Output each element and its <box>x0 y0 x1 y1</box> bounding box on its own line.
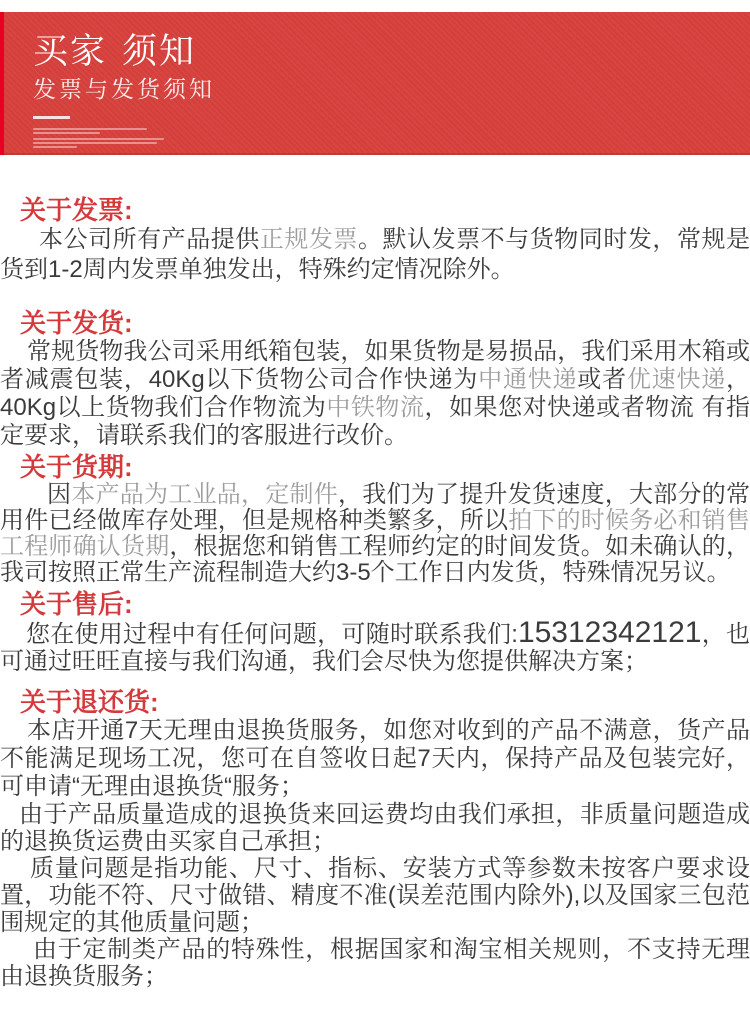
phone-number: 15312342121 <box>518 616 702 649</box>
text-segment: 或者 <box>577 366 627 393</box>
highlight-segment: 正规发票 <box>260 226 358 253</box>
paragraph: 本公司所有产品提供正规发票。默认发票不与货物同时发，常规是货到1-2周内发票单独… <box>0 225 750 285</box>
fine-print-group <box>33 128 750 134</box>
paragraph: 常规货物我公司采用纸箱包装，如果货物是易损品，我们采用木箱或者减震包装，40Kg… <box>0 338 750 450</box>
text-segment: 您在使用过程中有任何问题，可随时联系我们: <box>26 621 518 648</box>
paragraph: 因本产品为工业品，定制件，我们为了提升发货速度，大部分的常用件已经做库存处理，但… <box>0 482 750 586</box>
highlight-segment: 本产品为工业品，定制件 <box>71 481 338 508</box>
highlight-segment: 优速快递 <box>627 366 726 393</box>
banner-subtitle: 发票与发货须知 <box>33 78 750 101</box>
paragraph: 由于产品质量造成的退换货来回运费均由我们承担，非质量问题造成的退换货运费由买家自… <box>0 801 750 855</box>
section-heading: 关于退还货: <box>20 687 750 717</box>
fine-print-line <box>33 142 157 144</box>
section-heading: 关于发货: <box>20 308 750 338</box>
section-heading: 关于货期: <box>20 452 750 482</box>
text-segment: 因 <box>47 481 71 508</box>
fine-print-group <box>33 138 750 148</box>
paragraph: 您在使用过程中有任何问题，可随时联系我们:15312342121，也可通过旺旺直… <box>0 619 750 675</box>
highlight-segment: 中铁物流 <box>326 394 424 421</box>
section-aftersales: 关于售后: 您在使用过程中有任何问题，可随时联系我们:15312342121，也… <box>0 589 750 675</box>
banner-title: 买家须知 <box>33 12 750 69</box>
fine-print-line <box>33 132 100 134</box>
notice-banner: 买家须知 发票与发货须知 <box>0 12 750 155</box>
banner-divider <box>33 116 70 119</box>
paragraph: 本店开通7天无理由退换货服务，如您对收到的产品不满意，货产品不能满足现场工况，您… <box>0 717 750 801</box>
highlight-segment: 中通快递 <box>478 366 577 393</box>
section-returns: 关于退还货: 本店开通7天无理由退换货服务，如您对收到的产品不满意，货产品不能满… <box>0 687 750 990</box>
text-segment: 由于产品质量造成的退换货来回运费均由我们承担，非质量问题造成的退换货运费由买家自… <box>0 801 750 855</box>
banner-title-part2: 须知 <box>122 32 196 71</box>
section-heading: 关于发票: <box>20 195 750 225</box>
paragraph: 质量问题是指功能、尺寸、指标、安装方式等参数未按客户要求设置，功能不符、尺寸做错… <box>0 855 750 936</box>
fine-print-line <box>33 146 77 148</box>
section-shipping: 关于发货: 常规货物我公司采用纸箱包装，如果货物是易损品，我们采用木箱或者减震包… <box>0 308 750 450</box>
text-segment: 本店开通7天无理由退换货服务，如您对收到的产品不满意，货产品不能满足现场工况，您… <box>0 717 750 800</box>
text-segment: 本公司所有产品提供 <box>39 226 260 253</box>
section-leadtime: 关于货期: 因本产品为工业品，定制件，我们为了提升发货速度，大部分的常用件已经做… <box>0 452 750 586</box>
text-segment: 由于定制类产品的特殊性，根据国家和淘宝相关规则，不支持无理由退换货服务； <box>0 936 750 990</box>
buyer-notice-page: 买家须知 发票与发货须知 关于发票: 本公司所有产品提供正规发票。默认发票不与货… <box>0 0 750 1033</box>
fine-print-line <box>33 138 164 140</box>
paragraph: 由于定制类产品的特殊性，根据国家和淘宝相关规则，不支持无理由退换货服务； <box>0 936 750 990</box>
left-accent-strip <box>0 12 4 155</box>
section-heading: 关于售后: <box>20 589 750 619</box>
banner-fine-print <box>33 128 750 148</box>
fine-print-line <box>33 128 147 130</box>
section-invoice: 关于发票: 本公司所有产品提供正规发票。默认发票不与货物同时发，常规是货到1-2… <box>0 195 750 285</box>
banner-title-part1: 买家 <box>33 32 107 71</box>
text-segment: 质量问题是指功能、尺寸、指标、安装方式等参数未按客户要求设置，功能不符、尺寸做错… <box>0 855 750 936</box>
